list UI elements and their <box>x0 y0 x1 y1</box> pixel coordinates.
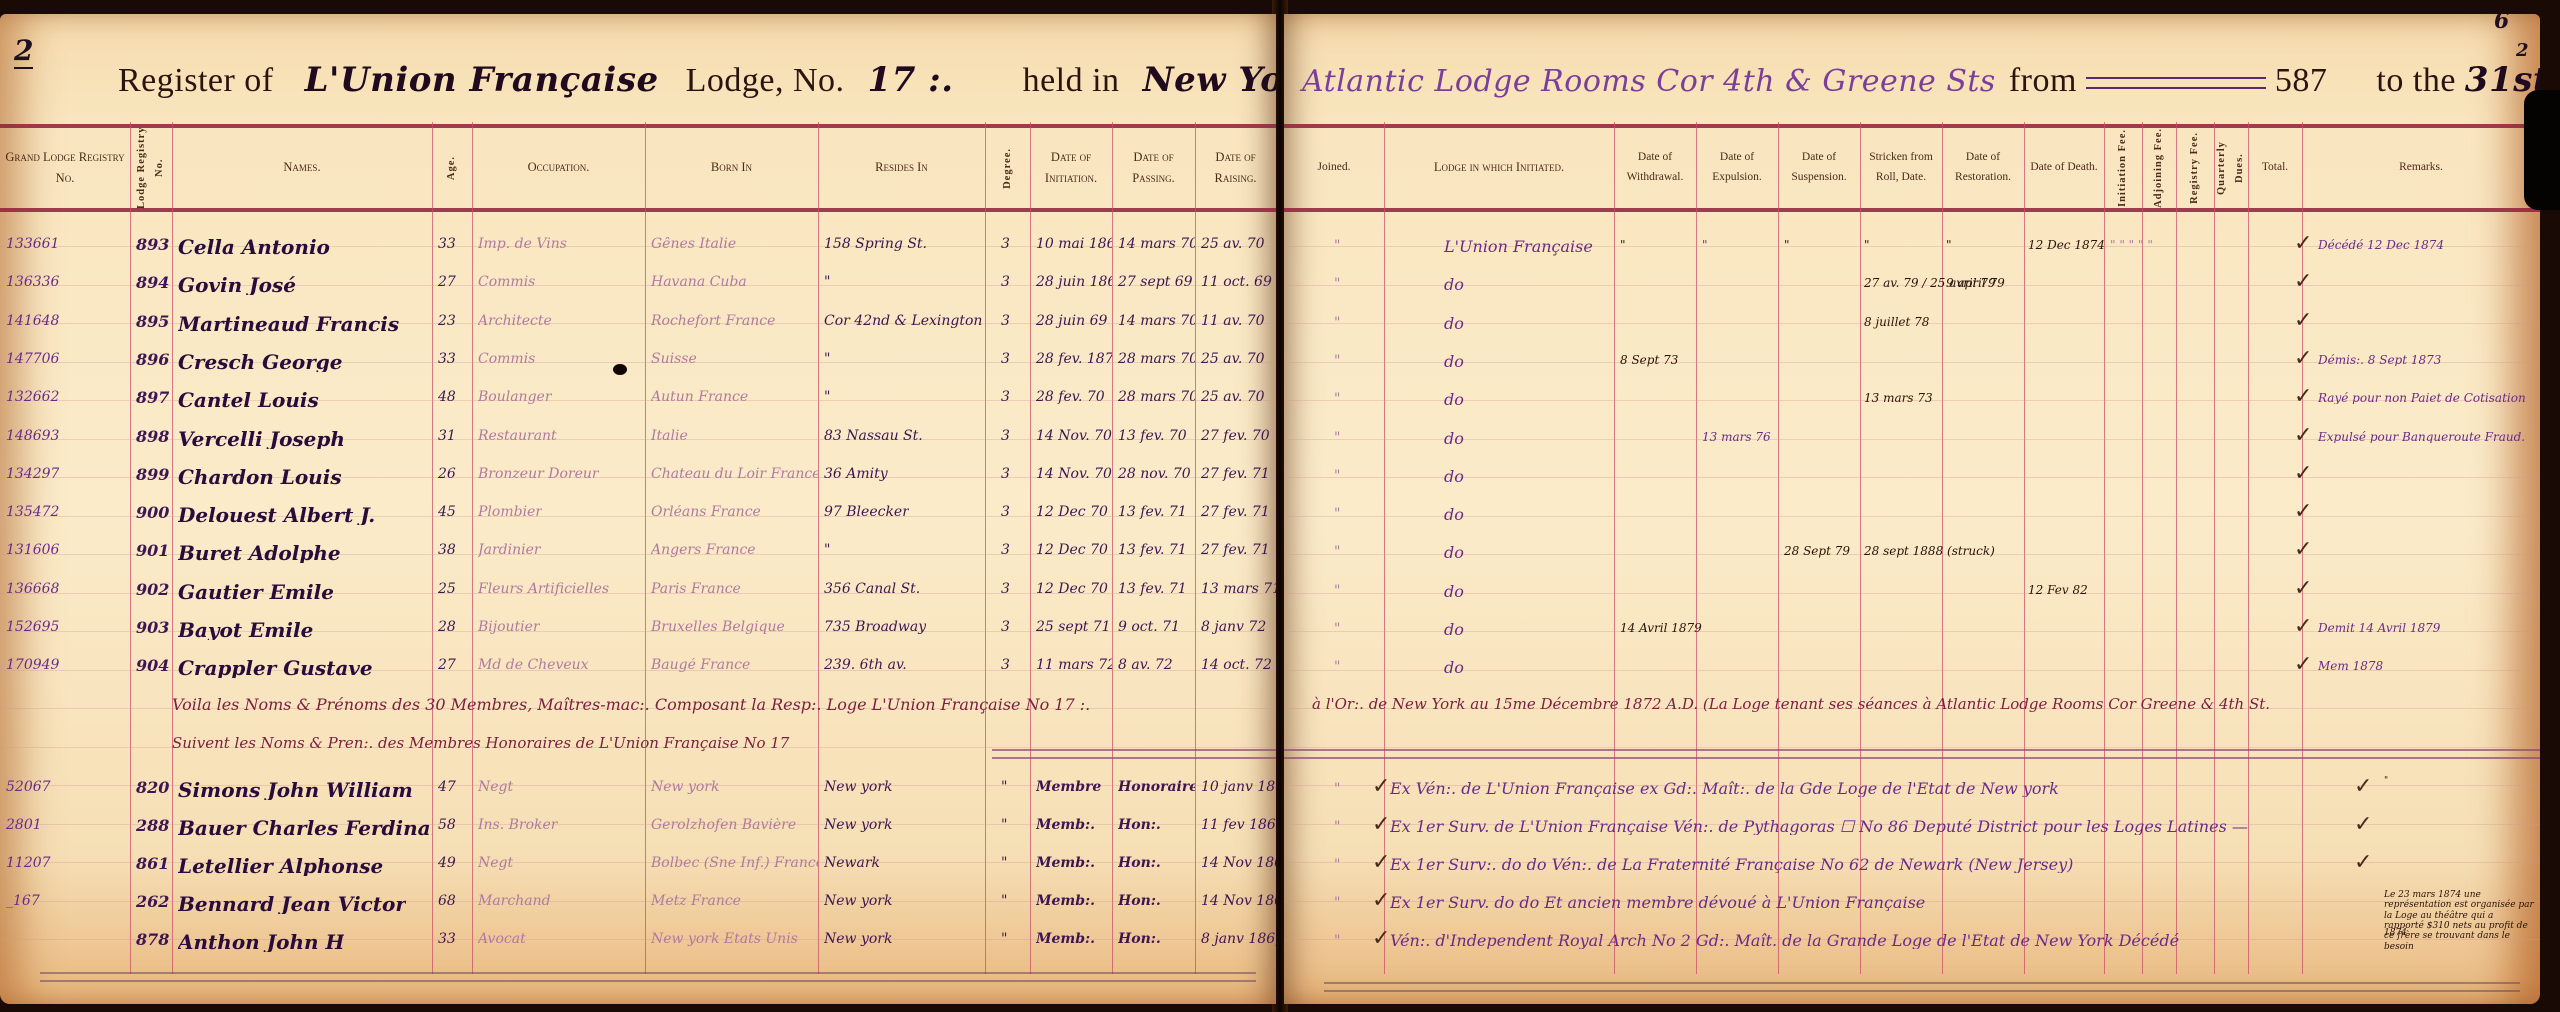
cell-degree: 3 <box>1001 505 1010 519</box>
cell-age: 49 <box>438 856 456 870</box>
member-status-row[interactable]: "do✓Mem 1878 <box>1284 650 2540 684</box>
cell-age: 45 <box>438 505 456 519</box>
checkmark-icon: ✓ <box>1372 812 1390 837</box>
cell-degree: 3 <box>1001 275 1010 289</box>
cell-lodge-registry-no: 893 <box>136 237 169 253</box>
title-from-year: 587 <box>2275 62 2328 99</box>
cell-grand-lodge-registry-no: 136668 <box>6 582 59 596</box>
cell-date-of-suspension: 28 Sept 79 <box>1784 545 1850 557</box>
cell-remarks: Demit 14 Avril 1879 <box>2318 622 2440 634</box>
cell-joined: " <box>1334 431 1340 445</box>
checkmark-icon: ✓ <box>2294 423 2312 448</box>
cell-joined: " <box>1334 820 1340 834</box>
member-row[interactable]: 147706896Cresch George33CommisSuisse"328… <box>0 344 1276 378</box>
checkmark-icon: ✓ <box>1372 850 1390 875</box>
cell-grand-lodge-registry-no: 131606 <box>6 543 59 557</box>
cell-lodge-registry-no: 894 <box>136 275 169 291</box>
member-status-row[interactable]: "do13 mars 76✓Expulsé pour Banqueroute F… <box>1284 421 2540 455</box>
member-row[interactable]: 136668902Gautier Emile25Fleurs Artificie… <box>0 574 1276 608</box>
member-status-row[interactable]: "do13 mars 73✓Rayé pour non Paiet de Cot… <box>1284 382 2540 416</box>
column-header-grand-lodge-registry-no: Grand Lodge Registry No. <box>0 126 130 210</box>
cell-age: 26 <box>438 467 456 481</box>
cell-honorary-remarks: Ex 1er Surv. do do Et ancien membre dévo… <box>1390 895 1925 911</box>
member-row[interactable]: 135472900Delouest Albert J.45PlombierOrl… <box>0 497 1276 531</box>
checkmark-icon: ✓ <box>2294 614 2312 639</box>
cell-occupation: Restaurant <box>478 429 557 443</box>
honorary-member-row[interactable]: 52067820Simons John William47NegtNew yor… <box>0 772 1276 806</box>
member-row[interactable]: 141648895Martineaud Francis23ArchitecteR… <box>0 306 1276 340</box>
cell-stricken-from-roll: 8 juillet 78 <box>1864 316 1929 328</box>
member-row[interactable]: 134297899Chardon Louis26Bronzeur DoreurC… <box>0 459 1276 493</box>
column-header-joined: Joined. <box>1284 126 1384 210</box>
cell-age: 33 <box>438 237 456 251</box>
column-header-label: Initiation Fee. <box>2114 129 2132 207</box>
cell-resides-in: Newark <box>824 856 880 870</box>
cell-lodge-registry-no: 903 <box>136 620 169 636</box>
column-header-adjoining-fee: Adjoining Fee. <box>2142 126 2176 210</box>
cell-age: 68 <box>438 894 456 908</box>
cell-date-of-passing: Hon:. <box>1118 818 1161 832</box>
cell-joined: " <box>1334 239 1340 253</box>
cell-remarks: Démis:. 8 Sept 1873 <box>2318 354 2441 366</box>
cell-age: 25 <box>438 582 456 596</box>
cell-name: Cresch George <box>178 352 343 372</box>
column-header-lodge-registry-no: Lodge Registry No. <box>130 126 172 210</box>
title-held-in: New York <box>1143 60 1276 100</box>
checkmark-icon: ✓ <box>2294 384 2312 409</box>
cell-date-of-raising: 13 mars 71 <box>1201 582 1276 596</box>
cell-joined: " <box>1334 622 1340 636</box>
cell-occupation: Negt <box>478 856 513 870</box>
cell-grand-lodge-registry-no: 135472 <box>6 505 59 519</box>
cell-degree: 3 <box>1001 390 1010 404</box>
cell-name: Vercelli Joseph <box>178 429 345 449</box>
column-header-date-of-expulsion: Date of Expulsion. <box>1696 126 1778 210</box>
honorary-member-remarks-row[interactable]: "✓Ex 1er Surv. do do Et ancien membre dé… <box>1284 886 2540 920</box>
cell-age: 27 <box>438 275 456 289</box>
column-header-date-of-suspension: Date of Suspension. <box>1778 126 1860 210</box>
right-corner-number: 2 <box>2516 40 2529 61</box>
bottom-double-rule <box>40 972 1256 982</box>
cell-born-in: Orléans France <box>651 505 761 519</box>
cell-occupation: Commis <box>478 352 535 366</box>
cell-grand-lodge-registry-no: 11207 <box>6 856 51 870</box>
cell-stricken-from-roll: " <box>1864 239 1870 251</box>
cell-date-of-raising: 8 janv 72 <box>1201 620 1266 634</box>
cell-joined: " <box>1334 934 1340 948</box>
cell-occupation: Plombier <box>478 505 542 519</box>
cell-lodge-registry-no: 896 <box>136 352 169 368</box>
column-header-date-of-raising: Date of Raising. <box>1195 126 1276 210</box>
cell-date-of-raising: 14 oct. 72 <box>1201 658 1272 672</box>
cell-name: Cantel Louis <box>178 390 319 410</box>
cell-name: Cella Antonio <box>178 237 330 257</box>
cell-joined: " <box>1334 507 1340 521</box>
cell-date-of-raising: 25 av. 70 <box>1201 352 1265 366</box>
cell-grand-lodge-registry-no: 2801 <box>6 818 42 832</box>
cell-date-of-raising: 8 janv 186_ <box>1201 932 1276 946</box>
cell-date-of-initiation: Membre <box>1036 780 1101 794</box>
cell-honorary-remarks: Ex 1er Surv:. do do Vén:. de La Fraterni… <box>1390 857 2073 873</box>
cell-grand-lodge-registry-no: 136336 <box>6 275 59 289</box>
cell-born-in: Chateau du Loir France <box>651 467 818 481</box>
cell-date-of-passing: 13 fev. 71 <box>1118 543 1187 557</box>
honorary-member-remarks-row[interactable]: "✓Ex 1er Surv. de L'Union Française Vén:… <box>1284 810 2540 844</box>
cell-date-of-passing: 14 mars 70 <box>1118 314 1195 328</box>
cell-lodge-registry-no: 820 <box>136 780 169 796</box>
cell-date-of-raising: 27 fev. 71 <box>1201 543 1270 557</box>
cell-date-of-raising: 11 fev 186_ <box>1201 818 1276 832</box>
column-header-label: Degree. <box>999 148 1017 189</box>
checkmark-icon: ✓ <box>2294 269 2312 294</box>
member-row[interactable]: 131606901Buret Adolphe38JardinierAngers … <box>0 535 1276 569</box>
cell-lodge-initiated: do <box>1444 469 1464 485</box>
cell-lodge-initiated: L'Union Française <box>1444 239 1593 255</box>
title-fill-rule <box>2086 77 2266 89</box>
cell-age: 47 <box>438 780 456 794</box>
checkmark-icon: ✓ <box>2294 308 2312 333</box>
cell-resides-in: Cor 42nd & Lexington Av. <box>824 314 985 328</box>
left-page-number: 2 <box>14 34 33 69</box>
cell-date-of-raising: 10 janv 186_ <box>1201 780 1276 794</box>
honorary-member-row[interactable]: _167262Bennard Jean Victor68MarchandMetz… <box>0 886 1276 920</box>
cell-date-of-withdrawal: 8 Sept 73 <box>1620 354 1678 366</box>
member-row[interactable]: 152695903Bayot Emile28BijoutierBruxelles… <box>0 612 1276 646</box>
title-lodge-label: Lodge, No. <box>686 62 845 99</box>
column-header-label: Grand Lodge Registry No. <box>0 147 130 190</box>
column-header-label: Total. <box>2262 158 2288 178</box>
column-header-born-in: Born In <box>645 126 818 210</box>
left-page-title: Register of L'Union Française Lodge, No.… <box>118 60 1276 100</box>
column-header-registry-fee: Registry Fee. <box>2176 126 2214 210</box>
cell-degree: 3 <box>1001 429 1010 443</box>
cell-name: Bauer Charles Ferdinand <box>178 818 432 838</box>
cell-joined: " <box>1334 896 1340 910</box>
cell-date-of-passing: 28 mars 70 <box>1118 352 1195 366</box>
cell-date-of-initiation: 10 mai 1869 <box>1036 237 1112 251</box>
cell-grand-lodge-registry-no: 134297 <box>6 467 59 481</box>
member-status-row[interactable]: "do14 Avril 1879✓Demit 14 Avril 1879 <box>1284 612 2540 646</box>
cell-date-of-passing: 8 av. 72 <box>1118 658 1173 672</box>
ink-blot <box>613 364 627 375</box>
cell-date-of-raising: 11 oct. 69 <box>1201 275 1272 289</box>
cell-date-of-initiation: 25 sept 71 <box>1036 620 1111 634</box>
cell-name: Simons John William <box>178 780 413 800</box>
cell-occupation: Boulanger <box>478 390 552 404</box>
cell-date-of-initiation: 28 fev. 1870 <box>1036 352 1112 366</box>
cell-grand-lodge-registry-no: 147706 <box>6 352 59 366</box>
cell-born-in: Rochefort France <box>651 314 775 328</box>
right-page-number: 6 <box>2494 14 2509 34</box>
member-status-row[interactable]: "do12 Fev 82✓ <box>1284 574 2540 608</box>
cell-grand-lodge-registry-no: 141648 <box>6 314 59 328</box>
cell-date-of-initiation: 14 Nov. 70 <box>1036 467 1112 481</box>
title-lodge-number: 17 :. <box>868 60 954 100</box>
cell-stricken-from-roll: 28 sept 1888 (struck) <box>1864 545 1995 557</box>
cell-name: Bennard Jean Victor <box>178 894 406 914</box>
cell-remarks: Rayé pour non Paiet de Cotisation <box>2318 392 2526 404</box>
cell-occupation: Marchand <box>478 894 551 908</box>
cell-lodge-registry-no: 898 <box>136 429 169 445</box>
checkmark-icon: ✓ <box>2294 537 2312 562</box>
cell-born-in: Autun France <box>651 390 748 404</box>
title-lodge-name: L'Union Française <box>305 60 659 100</box>
cell-degree: 3 <box>1001 467 1010 481</box>
cell-born-in: New york <box>651 780 719 794</box>
cell-lodge-registry-no: 897 <box>136 390 169 406</box>
checkmark-icon: ✓ <box>2294 576 2312 601</box>
column-header-label: Age. <box>443 156 461 180</box>
cell-age: 38 <box>438 543 456 557</box>
cell-resides-in: 239. 6th av. <box>824 658 907 672</box>
double-rule <box>992 749 1276 759</box>
summary-line-members: Voila les Noms & Prénoms des 30 Membres,… <box>172 697 1090 713</box>
cell-date-of-initiation: Memb:. <box>1036 932 1095 946</box>
cell-degree: 3 <box>1001 658 1010 672</box>
title-to-label: to the <box>2376 62 2455 99</box>
column-header-label: Occupation. <box>528 157 590 178</box>
cell-date-of-passing: 13 fev. 71 <box>1118 505 1187 519</box>
cell-lodge-initiated: do <box>1444 622 1464 638</box>
cell-date-of-death: 12 Dec 1874 <box>2028 239 2105 251</box>
cell-date-of-passing: 13 fev. 70 <box>1118 429 1187 443</box>
member-status-row[interactable]: "do28 Sept 7928 sept 1888 (struck)✓ <box>1284 535 2540 569</box>
cell-honorary-remarks: Vén:. d'Independent Royal Arch No 2 Gd:.… <box>1390 933 2179 949</box>
column-header-label: Date of Restoration. <box>1942 148 2024 187</box>
cell-lodge-initiated: do <box>1444 545 1464 561</box>
cell-resides-in: 735 Broadway <box>824 620 926 634</box>
column-header-label: Resides In <box>875 157 928 178</box>
cell-lodge-initiated: do <box>1444 392 1464 408</box>
honorary-member-row[interactable]: 878Anthon John H33AvocatNew york Etats U… <box>0 924 1276 958</box>
cell-occupation: Imp. de Vins <box>478 237 567 251</box>
cell-age: 48 <box>438 390 456 404</box>
cell-joined: " <box>1334 469 1340 483</box>
member-row[interactable]: 136336894Govin José27CommisHavana Cuba"3… <box>0 267 1276 301</box>
cell-remarks: Décédé 12 Dec 1874 <box>2318 239 2444 251</box>
ledger-book: 2 Register of L'Union Française Lodge, N… <box>0 0 2560 1012</box>
cell-name: Gautier Emile <box>178 582 334 602</box>
cell-occupation: Negt <box>478 780 513 794</box>
cell-lodge-initiated: do <box>1444 660 1464 676</box>
cell-name: Bayot Emile <box>178 620 313 640</box>
cell-name: Letellier Alphonse <box>178 856 383 876</box>
column-header-label: Names. <box>283 157 320 178</box>
title-from-label: from <box>2009 62 2077 99</box>
cell-resides-in: 97 Bleecker <box>824 505 909 519</box>
cell-born-in: Metz France <box>651 894 741 908</box>
column-header-label: Date of Expulsion. <box>1696 148 1778 187</box>
cell-born-in: New york Etats Unis <box>651 932 798 946</box>
member-status-row[interactable]: "do27 av. 79 / 25 avril 799 april 79✓ <box>1284 267 2540 301</box>
cell-resides-in: 158 Spring St. <box>824 237 927 251</box>
cell-resides-in: " <box>824 352 830 366</box>
cell-lodge-registry-no: 900 <box>136 505 169 521</box>
cell-resides-in: New york <box>824 780 892 794</box>
member-status-row[interactable]: "do8 Sept 73✓Démis:. 8 Sept 1873 <box>1284 344 2540 378</box>
cell-born-in: Bolbec (Sne Inf.) France <box>651 856 818 870</box>
cell-grand-lodge-registry-no: 170949 <box>6 658 59 672</box>
cell-date-of-passing: 27 sept 69 <box>1118 275 1193 289</box>
cell-joined: " <box>1334 354 1340 368</box>
binding-clip <box>2524 90 2560 210</box>
cell-occupation: Avocat <box>478 932 526 946</box>
member-status-row[interactable]: "do✓ <box>1284 459 2540 493</box>
column-header-label: Joined. <box>1318 158 1351 178</box>
cell-occupation: Bronzeur Doreur <box>478 467 599 481</box>
cell-lodge-initiated: do <box>1444 354 1464 370</box>
cell-lodge-initiated: do <box>1444 277 1464 293</box>
checkmark-icon: ✓ <box>2294 499 2312 524</box>
cell-date-of-withdrawal: " <box>1620 239 1626 251</box>
column-header-label: Lodge in which Initiated. <box>1434 157 1564 178</box>
cell-date-of-initiation: 12 Dec 70 <box>1036 505 1108 519</box>
right-page-title: Atlantic Lodge Rooms Cor 4th & Greene St… <box>1302 60 2540 100</box>
member-row[interactable]: 170949904Crappler Gustave27Md de Cheveux… <box>0 650 1276 684</box>
cell-joined: " <box>1334 545 1340 559</box>
cell-lodge-initiated: do <box>1444 316 1464 332</box>
cell-age: 33 <box>438 932 456 946</box>
cell-resides-in: 83 Nassau St. <box>824 429 923 443</box>
cell-honorary-remarks: Ex Vén:. de L'Union Française ex Gd:. Ma… <box>1390 781 2059 797</box>
cell-degree: " <box>1001 894 1007 908</box>
cell-lodge-initiated: do <box>1444 431 1464 447</box>
cell-age: 58 <box>438 818 456 832</box>
cell-degree: " <box>1001 932 1007 946</box>
cell-age: 23 <box>438 314 456 328</box>
member-row[interactable]: 148693898Vercelli Joseph31RestaurantItal… <box>0 421 1276 455</box>
cell-lodge-initiated: do <box>1444 507 1464 523</box>
cell-grand-lodge-registry-no: 148693 <box>6 429 59 443</box>
column-header-remarks: Remarks. <box>2302 126 2540 210</box>
member-status-row[interactable]: "L'Union Française"""""12 Dec 1874" " " … <box>1284 229 2540 263</box>
cell-name: Delouest Albert J. <box>178 505 375 525</box>
cell-date-of-passing: Hon:. <box>1118 856 1161 870</box>
column-header-date-of-withdrawal: Date of Withdrawal. <box>1614 126 1696 210</box>
honorary-member-row[interactable]: 11207861Letellier Alphonse49NegtBolbec (… <box>0 848 1276 882</box>
ruled-line <box>1284 747 2540 748</box>
cell-born-in: Italie <box>651 429 688 443</box>
cell-occupation: Architecte <box>478 314 552 328</box>
cell-born-in: Bruxelles Belgique <box>651 620 785 634</box>
checkmark-icon: ✓ <box>1372 774 1390 799</box>
column-header-label: Lodge Registry No. <box>133 126 169 210</box>
cell-resides-in: New york <box>824 894 892 908</box>
cell-date-of-passing: 13 fev. 71 <box>1118 582 1187 596</box>
cell-occupation: Commis <box>478 275 535 289</box>
summary-line-honorary: Suivent les Noms & Pren:. des Membres Ho… <box>172 736 789 751</box>
cell-lodge-registry-no: 895 <box>136 314 169 330</box>
cell-degree: 3 <box>1001 237 1010 251</box>
cell-resides-in: 356 Canal St. <box>824 582 920 596</box>
column-header-label: Stricken from Roll, Date. <box>1860 148 1942 187</box>
cell-resides-in: 36 Amity <box>824 467 888 481</box>
cell-lodge-registry-no: 262 <box>136 894 169 910</box>
cell-date-of-passing: Hon:. <box>1118 894 1161 908</box>
cell-age: 31 <box>438 429 456 443</box>
cell-occupation: Bijoutier <box>478 620 540 634</box>
cell-joined: " <box>1334 277 1340 291</box>
cell-degree: 3 <box>1001 352 1010 366</box>
cell-date-of-initiation: 28 juin 69 <box>1036 314 1107 328</box>
cell-born-in: Suisse <box>651 352 697 366</box>
cell-grand-lodge-registry-no: 52067 <box>6 780 51 794</box>
cell-date-of-raising: 27 fev. 71 <box>1201 505 1270 519</box>
cell-date-of-raising: 27 fev. 71 <box>1201 467 1270 481</box>
cell-occupation: Fleurs Artificielles <box>478 582 609 596</box>
honorary-member-remarks-row[interactable]: "✓Vén:. d'Independent Royal Arch No 2 Gd… <box>1284 924 2540 958</box>
column-header-label: Date of Raising. <box>1195 147 1276 190</box>
checkmark-icon: ✓ <box>2354 774 2372 799</box>
member-status-row[interactable]: "do8 juillet 78✓ <box>1284 306 2540 340</box>
cell-date-of-raising: 11 av. 70 <box>1201 314 1265 328</box>
cell-grand-lodge-registry-no: 152695 <box>6 620 59 634</box>
cell-degree: " <box>1001 818 1007 832</box>
column-header-name: Names. <box>172 126 432 210</box>
cell-name: Govin José <box>178 275 296 295</box>
column-header-date-of-restoration: Date of Restoration. <box>1942 126 2024 210</box>
column-header-total: Total. <box>2248 126 2302 210</box>
cell-resides-in: New york <box>824 932 892 946</box>
title-held-in-label: held in <box>1023 62 1120 99</box>
cell-age: 27 <box>438 658 456 672</box>
cell-lodge-registry-no: 899 <box>136 467 169 483</box>
checkmark-icon: ✓ <box>2294 346 2312 371</box>
cell-degree: " <box>1001 856 1007 870</box>
column-header-label: Adjoining Fee. <box>2150 128 2168 208</box>
honorary-member-row[interactable]: 2801288Bauer Charles Ferdinand58Ins. Bro… <box>0 810 1276 844</box>
cell-age: 33 <box>438 352 456 366</box>
cell-grand-lodge-registry-no: 132662 <box>6 390 59 404</box>
cell-remarks: Mem 1878 <box>2318 660 2383 672</box>
column-header-occupation: Occupation. <box>472 126 645 210</box>
cell-date-of-passing: Hon:. <box>1118 932 1161 946</box>
cell-born-in: Angers France <box>651 543 756 557</box>
cell-date-of-raising: 14 Nov 186_ <box>1201 894 1276 908</box>
title-prefix: Register of <box>118 62 274 99</box>
cell-date-of-initiation: 12 Dec 70 <box>1036 543 1108 557</box>
cell-date-of-raising: 25 av. 70 <box>1201 237 1265 251</box>
cell-date-of-initiation: 12 Dec 70 <box>1036 582 1108 596</box>
honorary-member-remarks-row[interactable]: "✓Ex 1er Surv:. do do Vén:. de La Frater… <box>1284 848 2540 882</box>
cell-born-in: Gênes Italie <box>651 237 736 251</box>
column-header-lodge-initiated: Lodge in which Initiated. <box>1384 126 1614 210</box>
cell-date-of-raising: 25 av. 70 <box>1201 390 1265 404</box>
cell-date-of-raising: 14 Nov 186_ <box>1201 856 1276 870</box>
column-header-date-of-passing: Date of Passing. <box>1112 126 1195 210</box>
cell-born-in: Baugé France <box>651 658 750 672</box>
cell-joined: " <box>1334 316 1340 330</box>
cell-resides-in: " <box>824 543 830 557</box>
cell-name: Crappler Gustave <box>178 658 373 678</box>
cell-date-of-raising: 27 fev. 70 <box>1201 429 1270 443</box>
cell-date-of-passing: 28 mars 70 <box>1118 390 1195 404</box>
checkmark-icon: ✓ <box>2294 231 2312 256</box>
cell-honorary-extra: " <box>2384 776 2388 786</box>
member-row[interactable]: 132662897Cantel Louis48BoulangerAutun Fr… <box>0 382 1276 416</box>
cell-grand-lodge-registry-no: _167 <box>6 894 40 908</box>
member-row[interactable]: 133661893Cella Antonio33Imp. de VinsGêne… <box>0 229 1276 263</box>
cell-joined: " <box>1334 858 1340 872</box>
cell-degree: " <box>1001 780 1007 794</box>
cell-date-of-initiation: Memb:. <box>1036 856 1095 870</box>
checkmark-icon: ✓ <box>1372 888 1390 913</box>
honorary-member-remarks-row[interactable]: "✓Ex Vén:. de L'Union Française ex Gd:. … <box>1284 772 2540 806</box>
cell-lodge-registry-no: 901 <box>136 543 169 559</box>
cell-initiation-fee: " " " " " <box>2110 239 2153 251</box>
member-status-row[interactable]: "do✓ <box>1284 497 2540 531</box>
column-header-label: Registry Fee. <box>2186 132 2204 204</box>
